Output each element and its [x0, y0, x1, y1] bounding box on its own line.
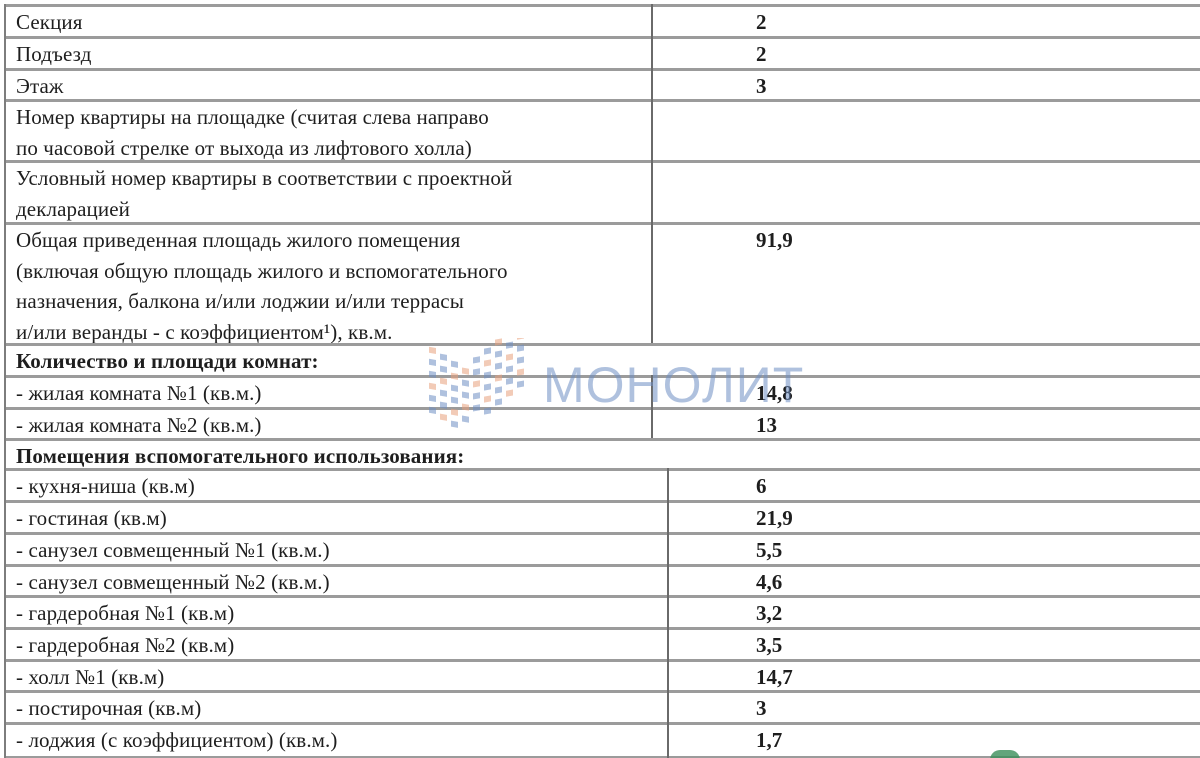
row-value: 2	[756, 7, 767, 37]
column-divider	[667, 627, 669, 662]
column-divider	[651, 222, 653, 346]
section-title: Помещения вспомогательного использования…	[16, 441, 464, 472]
row-value: 2	[756, 39, 767, 69]
row-label: Подъезд	[16, 39, 91, 70]
table-row: - гардеробная №1 (кв.м)3,2	[4, 595, 1200, 627]
row-value: 5,5	[756, 535, 782, 565]
column-divider	[651, 160, 653, 225]
table-row: - санузел совмещенный №1 (кв.м.)5,5	[4, 532, 1200, 564]
column-divider	[667, 564, 669, 598]
row-label: - гардеробная №2 (кв.м)	[16, 630, 234, 661]
section-header-row: Количество и площади комнат:	[4, 343, 1200, 375]
apartment-spec-table: Секция2Подъезд2Этаж3Номер квартиры на пл…	[0, 0, 1200, 758]
table-row: Условный номер квартиры в соответствии с…	[4, 160, 1200, 222]
row-label: - холл №1 (кв.м)	[16, 662, 164, 693]
row-label: - гардеробная №1 (кв.м)	[16, 598, 234, 629]
row-value: 21,9	[756, 503, 793, 533]
column-divider	[667, 532, 669, 567]
row-label: Этаж	[16, 71, 64, 102]
table-row: - гостиная (кв.м)21,9	[4, 500, 1200, 532]
column-divider	[667, 690, 669, 725]
table-left-border	[4, 4, 6, 758]
section-header-row: Помещения вспомогательного использования…	[4, 438, 1200, 468]
table-row: - лоджия (с коэффициентом) (кв.м.)1,7	[4, 722, 1200, 758]
table-row: - гардеробная №2 (кв.м)3,5	[4, 627, 1200, 659]
row-label: - постирочная (кв.м)	[16, 693, 201, 724]
row-value: 14,8	[756, 378, 793, 408]
row-value: 1,7	[756, 725, 782, 755]
table-row: Подъезд2	[4, 36, 1200, 68]
row-value: 4,6	[756, 567, 782, 597]
column-divider	[651, 407, 653, 441]
table-row: - холл №1 (кв.м)14,7	[4, 659, 1200, 690]
row-label: - санузел совмещенный №2 (кв.м.)	[16, 567, 330, 598]
row-value: 3	[756, 71, 767, 101]
table-row: - жилая комната №1 (кв.м.)14,8	[4, 375, 1200, 407]
table-row: - кухня-ниша (кв.м)6	[4, 468, 1200, 500]
column-divider	[667, 659, 669, 693]
row-value: 3,2	[756, 598, 782, 628]
row-label: - лоджия (с коэффициентом) (кв.м.)	[16, 725, 338, 756]
table-row: Номер квартиры на площадке (считая слева…	[4, 99, 1200, 160]
column-divider	[667, 722, 669, 758]
column-divider	[651, 36, 653, 71]
row-label: - гостиная (кв.м)	[16, 503, 167, 534]
row-label: - жилая комната №2 (кв.м.)	[16, 410, 262, 441]
row-value: 6	[756, 471, 767, 501]
table-row: Общая приведенная площадь жилого помещен…	[4, 222, 1200, 343]
row-label: - кухня-ниша (кв.м)	[16, 471, 195, 502]
section-title: Количество и площади комнат:	[16, 346, 319, 377]
column-divider	[667, 468, 669, 503]
column-divider	[651, 4, 653, 39]
column-divider	[667, 500, 669, 535]
row-label: Общая приведенная площадь жилого помещен…	[16, 225, 508, 347]
table-row: - санузел совмещенный №2 (кв.м.)4,6	[4, 564, 1200, 595]
column-divider	[651, 99, 653, 163]
row-value: 3,5	[756, 630, 782, 660]
table-row: Этаж3	[4, 68, 1200, 99]
column-divider	[651, 68, 653, 102]
row-label: - жилая комната №1 (кв.м.)	[16, 378, 262, 409]
green-mark-icon	[990, 750, 1020, 758]
row-label: Секция	[16, 7, 83, 38]
column-divider	[667, 595, 669, 630]
row-value: 91,9	[756, 225, 793, 255]
row-value: 3	[756, 693, 767, 723]
column-divider	[651, 375, 653, 410]
row-label: Условный номер квартиры в соответствии с…	[16, 163, 512, 224]
table-row: - постирочная (кв.м)3	[4, 690, 1200, 722]
table-row: - жилая комната №2 (кв.м.)13	[4, 407, 1200, 438]
row-value: 13	[756, 410, 777, 440]
row-label: Номер квартиры на площадке (считая слева…	[16, 102, 489, 163]
table-row: Секция2	[4, 4, 1200, 36]
row-value: 14,7	[756, 662, 793, 692]
row-label: - санузел совмещенный №1 (кв.м.)	[16, 535, 330, 566]
